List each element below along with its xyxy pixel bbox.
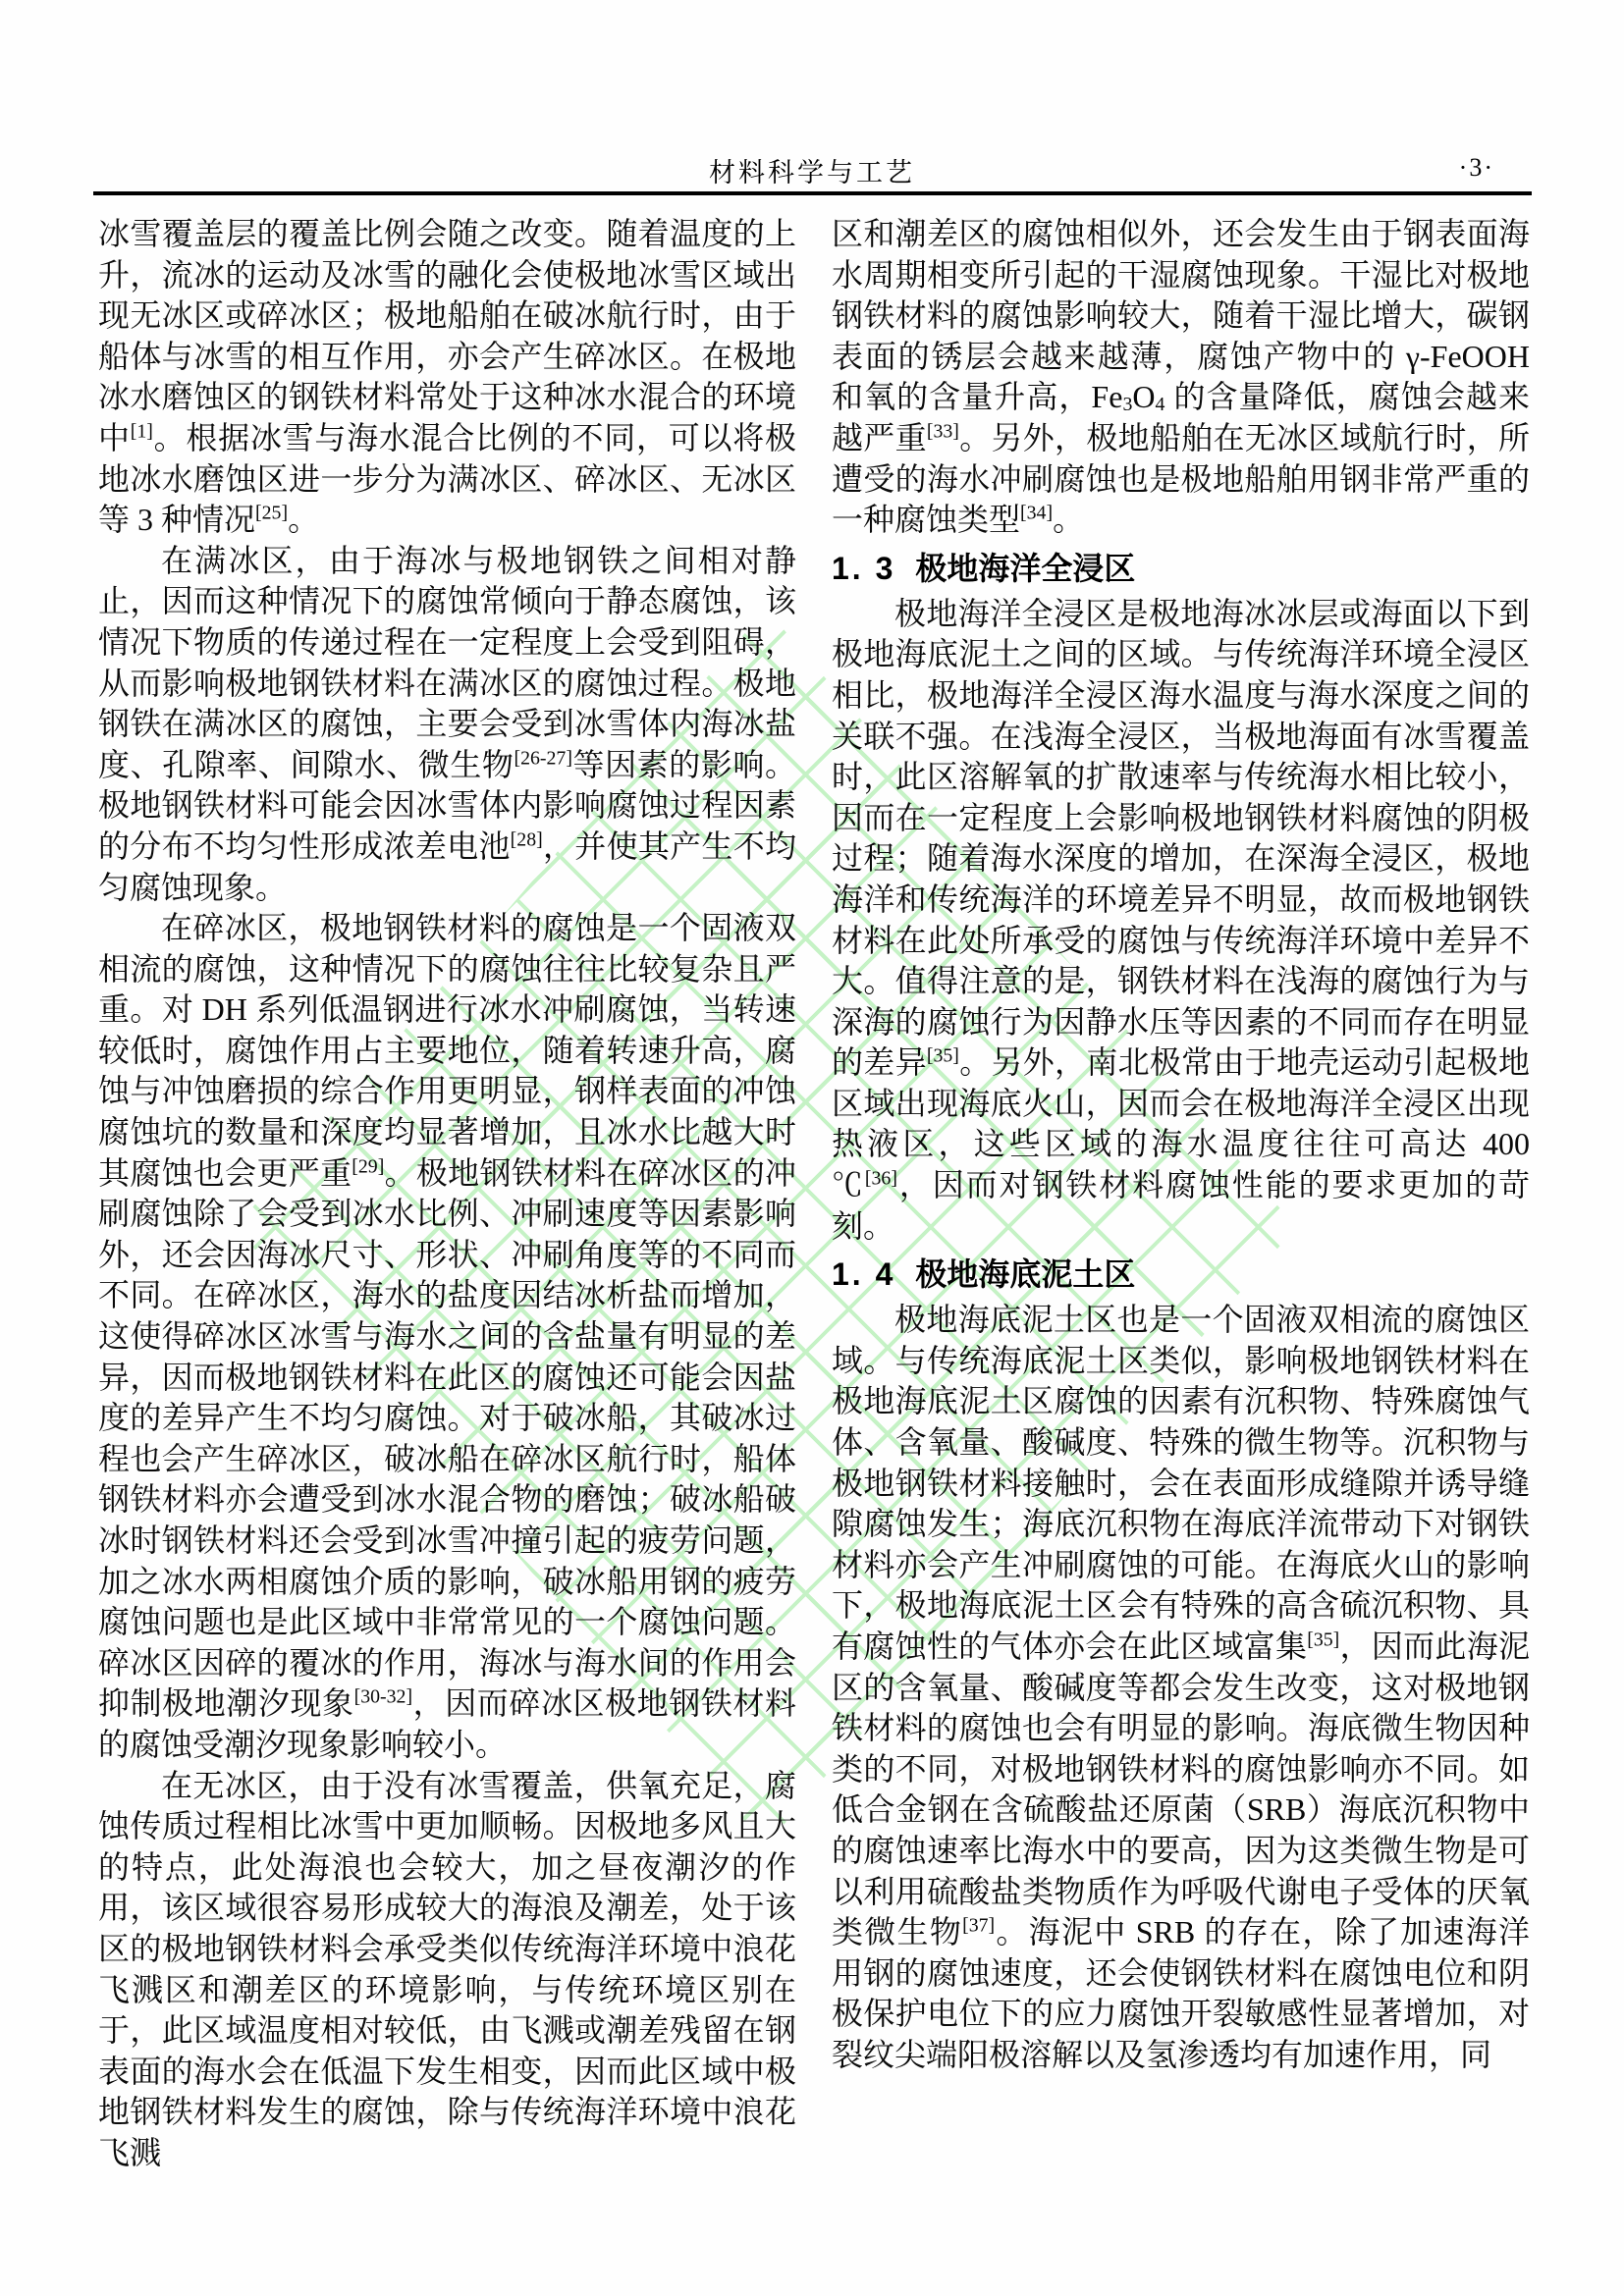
citation-superscript: [35] xyxy=(1307,1629,1339,1650)
body-paragraph: 在满冰区，由于海冰与极地钢铁之间相对静止，因而这种情况下的腐蚀常倾向于静态腐蚀，… xyxy=(98,541,796,908)
body-paragraph: 区和潮差区的腐蚀相似外，还会发生由于钢表面海水周期相变所引起的干湿腐蚀现象。干湿… xyxy=(832,214,1530,541)
chemical-subscript: 3 xyxy=(1122,394,1132,415)
section-title: 极地海洋全浸区 xyxy=(915,551,1135,586)
body-paragraph: 极地海洋全浸区是极地海冰冰层或海面以下到极地海底泥土之间的区域。与传统海洋环境全… xyxy=(832,594,1530,1248)
citation-superscript: [25] xyxy=(255,503,288,524)
chemical-subscript: 4 xyxy=(1155,394,1164,415)
section-number: 1. 4 xyxy=(832,1256,895,1292)
citation-superscript: [36] xyxy=(865,1167,897,1189)
body-paragraph: 极地海底泥土区也是一个固液双相流的腐蚀区域。与传统海底泥土区类似，影响极地钢铁材… xyxy=(832,1300,1530,2075)
citation-superscript: [34] xyxy=(1020,503,1053,524)
citation-superscript: [30-32] xyxy=(354,1686,412,1708)
body-paragraph: 冰雪覆盖层的覆盖比例会随之改变。随着温度的上升，流冰的运动及冰雪的融化会使极地冰… xyxy=(98,214,796,541)
body-paragraph: 在碎冰区，极地钢铁材料的腐蚀是一个固液双相流的腐蚀，这种情况下的腐蚀往往比较复杂… xyxy=(98,908,796,1765)
citation-superscript: [37] xyxy=(962,1915,995,1937)
citation-superscript: [33] xyxy=(927,420,959,442)
citation-superscript: [35] xyxy=(927,1045,959,1067)
section-title: 极地海底泥土区 xyxy=(915,1256,1135,1292)
section-heading: 1. 4极地海底泥土区 xyxy=(832,1253,1530,1296)
journal-title: 材料科学与工艺 xyxy=(0,151,1624,189)
journal-page: 材料科学与工艺 ·3· 冰雪覆盖层的覆盖比例会随之改变。随着温度的上升，流冰的运… xyxy=(0,0,1624,2296)
body-paragraph: 在无冰区，由于没有冰雪覆盖，供氧充足，腐蚀传质过程相比冰雪中更加顺畅。因极地多风… xyxy=(98,1766,796,2174)
section-number: 1. 3 xyxy=(832,551,895,586)
header-rule xyxy=(93,191,1532,195)
left-column: 冰雪覆盖层的覆盖比例会随之改变。随着温度的上升，流冰的运动及冰雪的融化会使极地冰… xyxy=(98,214,796,2174)
section-heading: 1. 3极地海洋全浸区 xyxy=(832,547,1530,590)
citation-superscript: [28] xyxy=(511,828,543,850)
page-number: ·3· xyxy=(1459,153,1494,183)
right-column: 区和潮差区的腐蚀相似外，还会发生由于钢表面海水周期相变所引起的干湿腐蚀现象。干湿… xyxy=(832,214,1530,2174)
citation-superscript: [29] xyxy=(352,1155,384,1177)
two-column-body: 冰雪覆盖层的覆盖比例会随之改变。随着温度的上升，流冰的运动及冰雪的融化会使极地冰… xyxy=(98,214,1530,2174)
citation-superscript: [26-27] xyxy=(514,747,571,769)
citation-superscript: [1] xyxy=(131,420,153,442)
